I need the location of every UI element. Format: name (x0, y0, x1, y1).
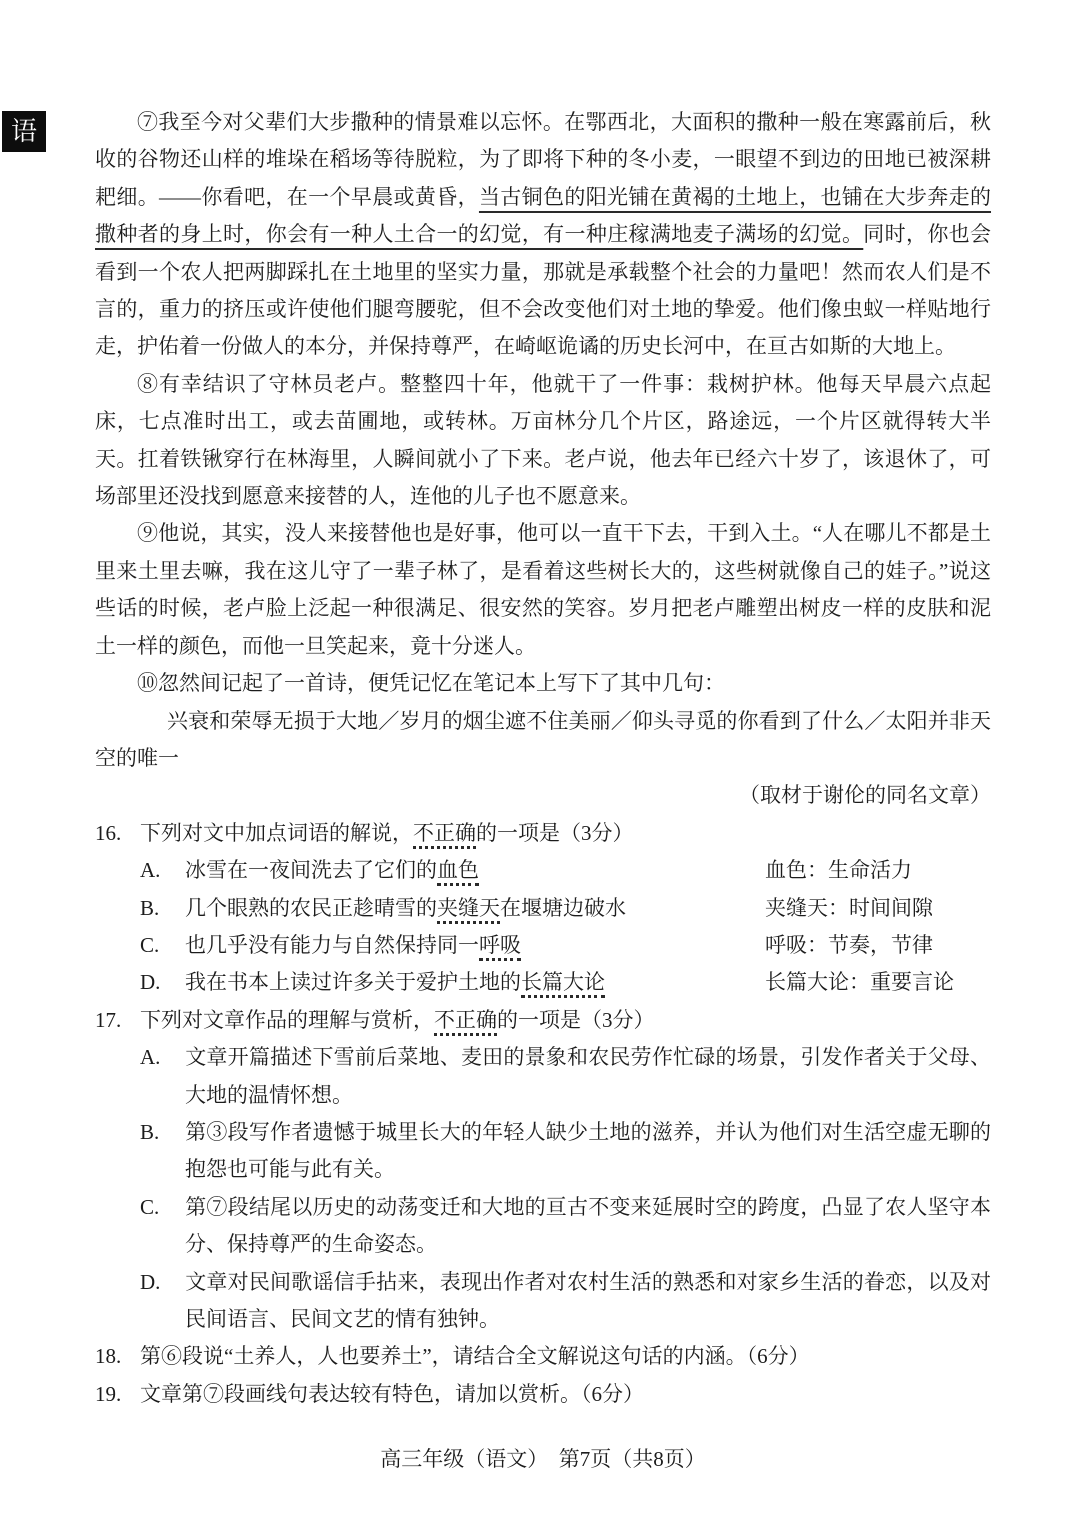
option-b-label: B. (140, 1114, 185, 1151)
option-c-text: C.也几乎没有能力与自然保持同一呼吸 (95, 927, 765, 964)
option-a-label: A. (140, 1039, 185, 1076)
option-a-gloss: 血色：生命活力 (765, 852, 991, 889)
question-19-number: 19. (95, 1376, 140, 1413)
question-17-option-b: B.第③段写作者遗憾于城里长大的年轻人缺少土地的滋养，并认为他们对生活空虚无聊的… (95, 1114, 991, 1189)
option-d-text: D.我在书本上读过许多关于爱护土地的长篇大论 (95, 964, 765, 1001)
option-b-dotted-word: 夹缝天 (437, 896, 500, 924)
option-b-label: B. (140, 890, 185, 927)
question-19: 19.文章第⑦段画线句表达较有特色，请加以赏析。（6分） (95, 1376, 991, 1413)
question-17-option-c: C.第⑦段结尾以历史的动荡变迁和大地的亘古不变来延展时空的跨度，凸显了农人坚守本… (95, 1189, 991, 1264)
question-17-stem-text: 下列对文章作品的理解与赏析， (140, 1008, 434, 1032)
question-16-number: 16. (95, 815, 140, 852)
source-attribution: （取材于谢伦的同名文章） (95, 777, 991, 814)
question-18: 18.第⑥段说“土养人，人也要养土”，请结合全文解说这句话的内涵。（6分） (95, 1338, 991, 1375)
question-17-option-d: D.文章对民间歌谣信手拈来，表现出作者对农村生活的熟悉和对家乡生活的眷恋，以及对… (95, 1264, 991, 1339)
option-d-label: D. (140, 1264, 185, 1301)
question-17-option-a: A.文章开篇描述下雪前后菜地、麦田的景象和农民劳作忙碌的场景，引发作者关于父母、… (95, 1039, 991, 1114)
passage-paragraph-8: ⑧有幸结识了守林员老卢。整整四十年，他就干了一件事：栽树护林。他每天早晨六点起床… (95, 366, 991, 516)
question-16-option-d: D.我在书本上读过许多关于爱护土地的长篇大论 长篇大论：重要言论 (95, 964, 991, 1001)
option-d-gloss: 长篇大论：重要言论 (765, 964, 991, 1001)
question-16-stem-text: 下列对文中加点词语的解说， (140, 821, 413, 845)
question-17-emphasized-word: 不正确 (434, 1008, 497, 1036)
option-d-dotted-word: 长篇大论 (521, 970, 605, 998)
option-b-gloss: 夹缝天：时间间隙 (765, 890, 991, 927)
question-16-option-a: A.冰雪在一夜间洗去了它们的血色 血色：生命活力 (95, 852, 991, 889)
question-16-emphasized-word: 不正确 (413, 821, 476, 849)
passage-paragraph-10: ⑩忽然间记起了一首诗，便凭记忆在笔记本上写下了其中几句： (95, 665, 991, 702)
option-b-text: B.几个眼熟的农民正趁晴雪的夹缝天在堰塘边破水 (95, 890, 765, 927)
question-17-stem: 17.下列对文章作品的理解与赏析，不正确的一项是（3分） (95, 1002, 991, 1039)
question-17-number: 17. (95, 1002, 140, 1039)
question-16: 16.下列对文中加点词语的解说，不正确的一项是（3分） A.冰雪在一夜间洗去了它… (95, 815, 991, 1002)
question-18-number: 18. (95, 1338, 140, 1375)
page-footer: 高三年级（语文） 第7页（共8页） (95, 1441, 991, 1478)
question-17-stem-tail: 的一项是（3分） (497, 1008, 655, 1032)
question-17: 17.下列对文章作品的理解与赏析，不正确的一项是（3分） A.文章开篇描述下雪前… (95, 1002, 991, 1339)
question-16-stem: 16.下列对文中加点词语的解说，不正确的一项是（3分） (95, 815, 991, 852)
question-16-option-b: B.几个眼熟的农民正趁晴雪的夹缝天在堰塘边破水 夹缝天：时间间隙 (95, 890, 991, 927)
passage-paragraph-7: ⑦我至今对父辈们大步撒种的情景难以忘怀。在鄂西北，大面积的撒种一般在寒露前后，秋… (95, 104, 991, 366)
question-18-text: 第⑥段说“土养人，人也要养土”，请结合全文解说这句话的内涵。（6分） (140, 1344, 810, 1368)
option-c-label: C. (140, 1189, 185, 1226)
passage-paragraph-9: ⑨他说，其实，没人来接替他也是好事，他可以一直干下去，干到入土。“人在哪儿不都是… (95, 515, 991, 665)
option-a-text: A.冰雪在一夜间洗去了它们的血色 (95, 852, 765, 889)
quoted-poem: 兴衰和荣辱无损于大地／岁月的烟尘遮不住美丽／仰头寻觅的你看到了什么／太阳并非天空… (95, 703, 991, 778)
option-c-dotted-word: 呼吸 (479, 933, 521, 961)
question-19-text: 文章第⑦段画线句表达较有特色，请加以赏析。（6分） (140, 1382, 644, 1406)
option-d-label: D. (140, 964, 185, 1001)
option-c-gloss: 呼吸：节奏，节律 (765, 927, 991, 964)
option-c-label: C. (140, 927, 185, 964)
subject-side-tab: 语 (2, 111, 46, 152)
question-16-option-c: C.也几乎没有能力与自然保持同一呼吸 呼吸：节奏，节律 (95, 927, 991, 964)
question-16-stem-tail: 的一项是（3分） (476, 821, 634, 845)
option-a-dotted-word: 血色 (437, 858, 479, 886)
option-a-label: A. (140, 852, 185, 889)
exam-page-content: ⑦我至今对父辈们大步撒种的情景难以忘怀。在鄂西北，大面积的撒种一般在寒露前后，秋… (95, 104, 991, 1479)
